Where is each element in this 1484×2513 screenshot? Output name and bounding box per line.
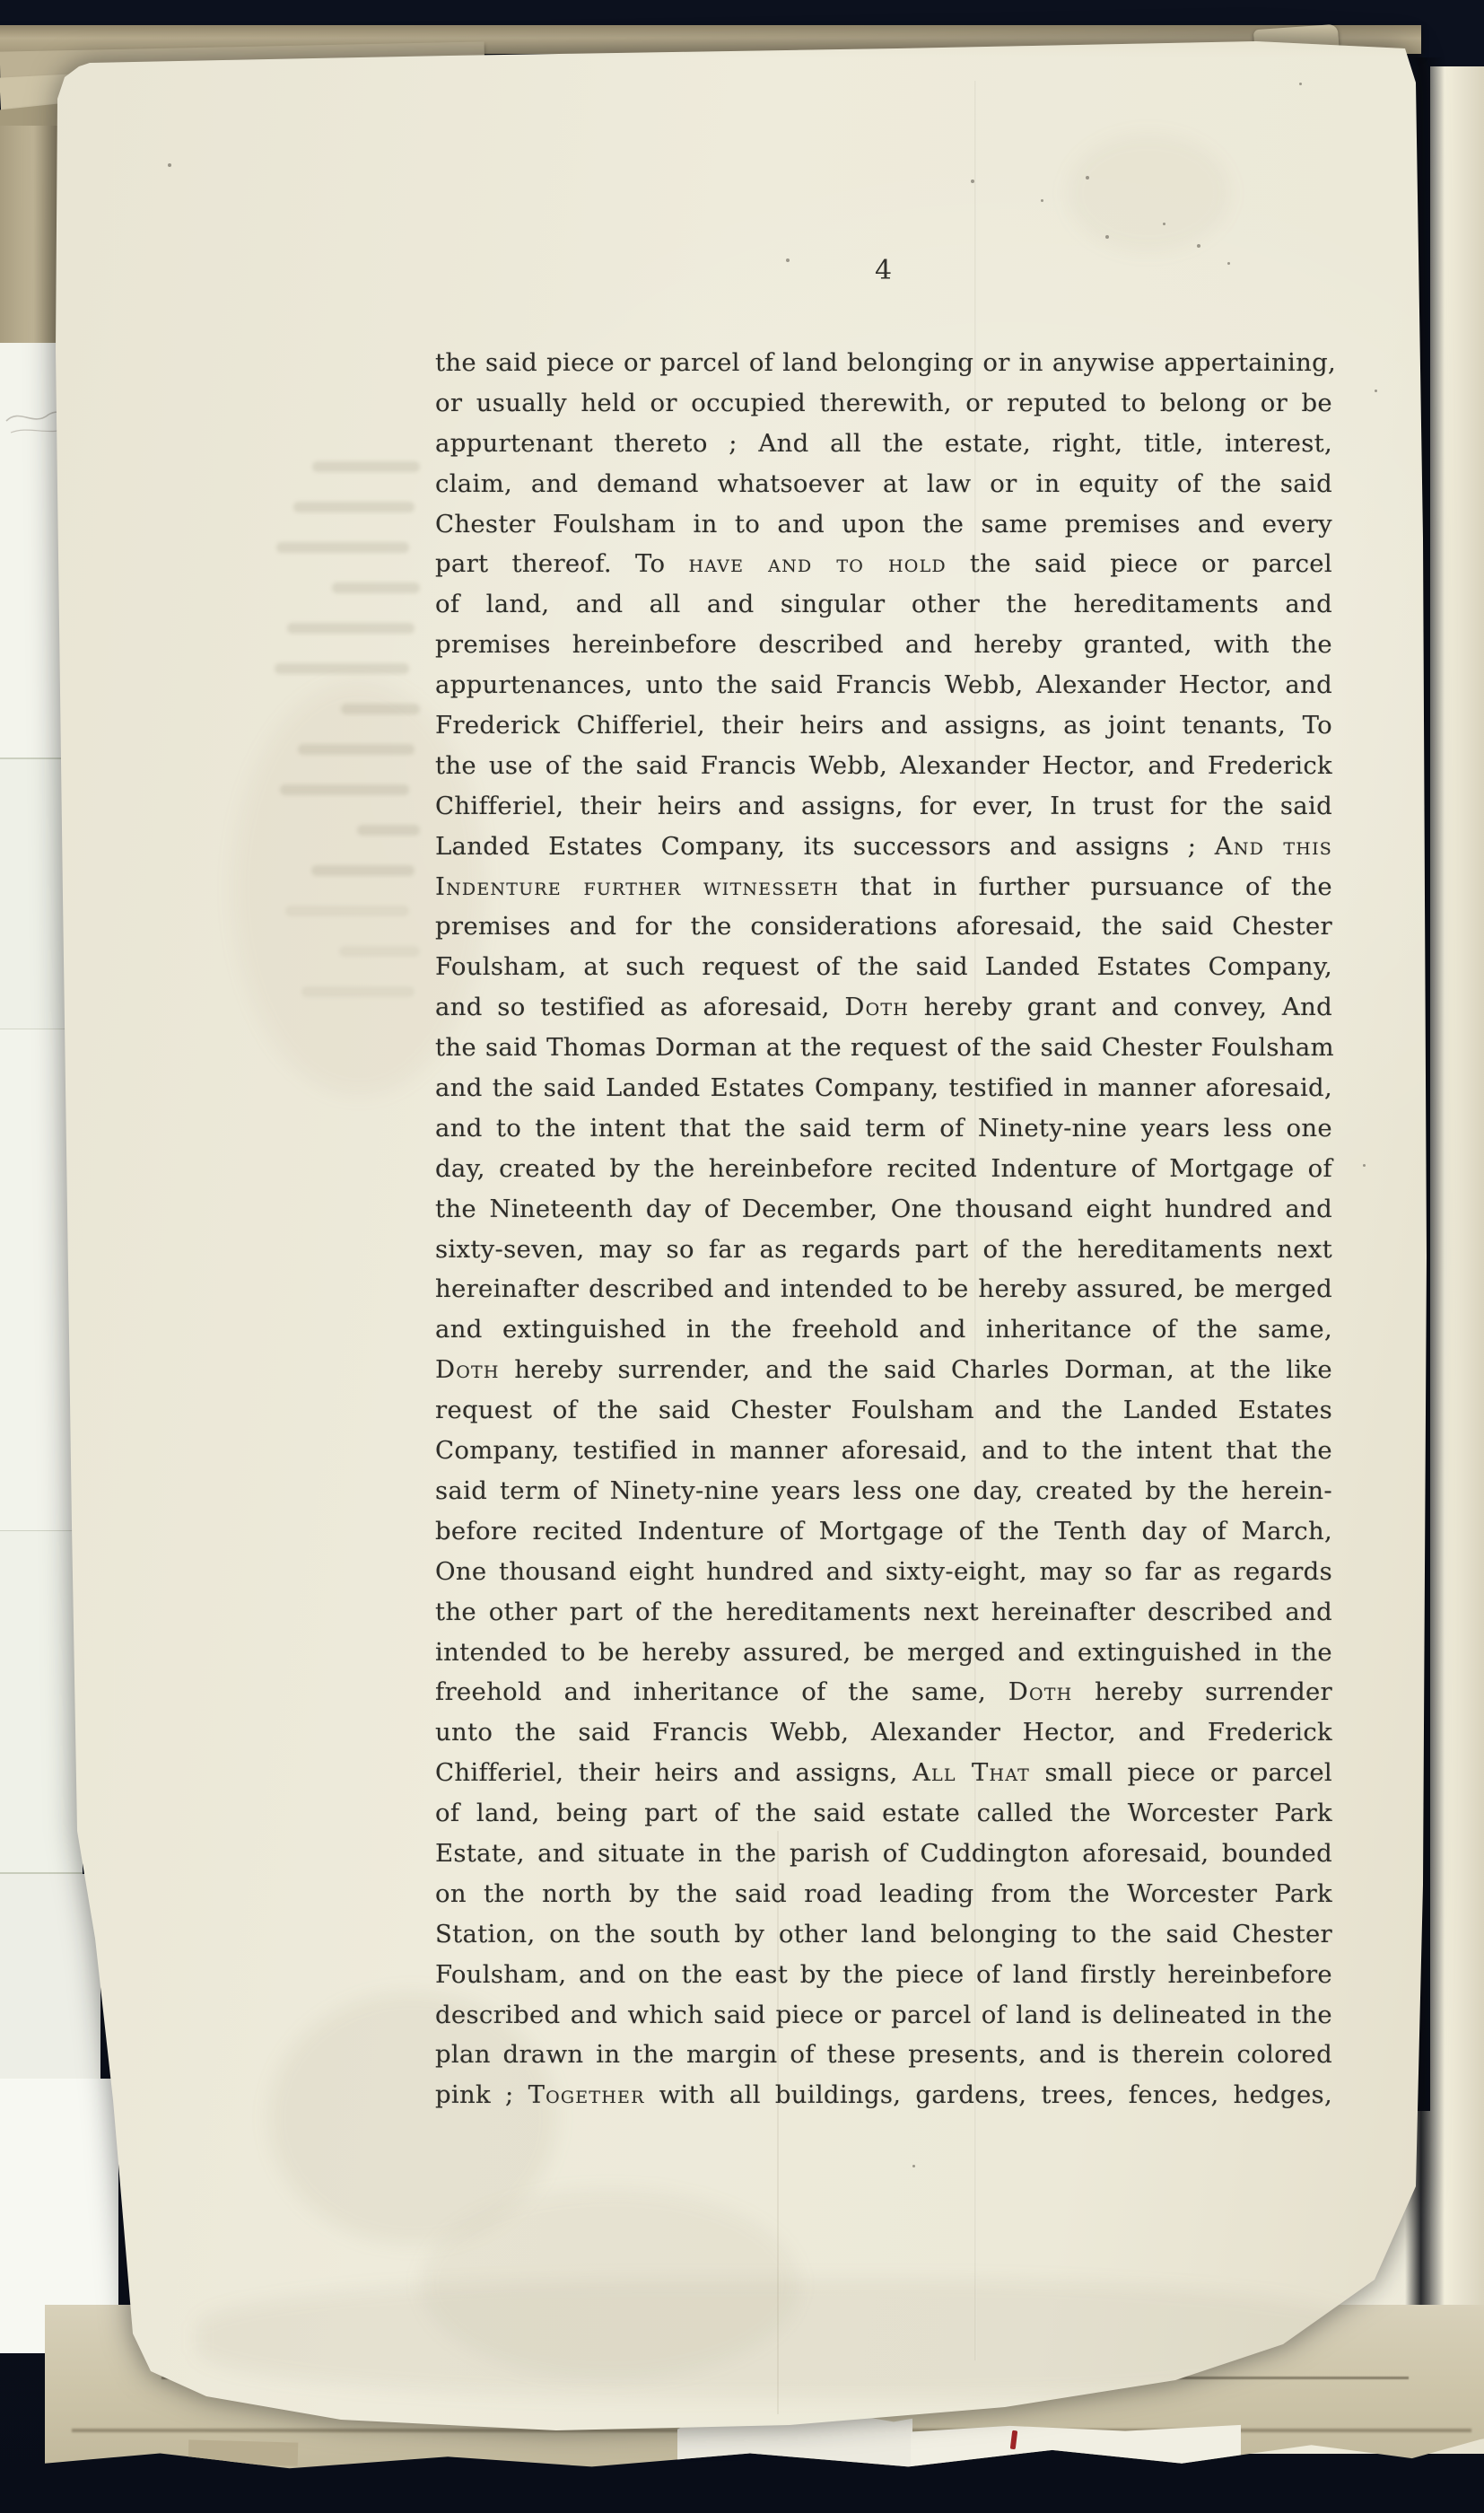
text-line: and the said Landed Estates Company, tes… xyxy=(435,1068,1332,1108)
text-line: Chester Foulsham in to and upon the same… xyxy=(435,504,1332,545)
text-line: plan drawn in the margin of these presen… xyxy=(435,2035,1332,2075)
ghost-line xyxy=(357,825,420,836)
text-segment: described and which said piece or parcel… xyxy=(435,2001,1332,2029)
text-segment: Foulsham, and on the east by the piece o… xyxy=(435,1960,1332,1989)
text-line: or usually held or occupied therewith, o… xyxy=(435,383,1332,424)
ghost-line xyxy=(311,865,415,876)
text-segment: before recited Indenture of Mortgage of … xyxy=(435,1517,1332,1545)
ink-bleedthrough-ghost xyxy=(284,461,420,1027)
text-segment: or usually held or occupied therewith, o… xyxy=(435,389,1332,417)
text-line: Station, on the south by other land belo… xyxy=(435,1914,1332,1955)
text-line: the said piece or parcel of land belongi… xyxy=(435,343,1332,383)
text-line: Estate, and situate in the parish of Cud… xyxy=(435,1834,1332,1874)
text-line: request of the said Chester Foulsham and… xyxy=(435,1390,1332,1431)
text-segment: the said piece or parcel xyxy=(947,549,1332,578)
text-line: the said Thomas Dorman at the request of… xyxy=(435,1028,1332,1068)
text-line: unto the said Francis Webb, Alexander He… xyxy=(435,1712,1332,1753)
text-segment: the other part of the hereditaments next… xyxy=(435,1598,1332,1626)
ghost-line xyxy=(339,946,420,957)
text-segment: the use of the said Francis Webb, Alexan… xyxy=(435,751,1332,780)
foxing-speck xyxy=(1105,235,1109,239)
text-line: Company, testified in manner aforesaid, … xyxy=(435,1431,1332,1471)
foxing-speck xyxy=(1363,1164,1366,1167)
foxing-speck xyxy=(786,258,790,262)
text-segment: part thereof. To xyxy=(435,549,688,578)
text-segment: Estate, and situate in the parish of Cud… xyxy=(435,1839,1332,1868)
text-line: intended to be hereby assured, be merged… xyxy=(435,1633,1332,1673)
text-segment: Chester Foulsham in to and upon the same… xyxy=(435,510,1332,538)
text-line: before recited Indenture of Mortgage of … xyxy=(435,1511,1332,1552)
text-line: of land, being part of the said estate c… xyxy=(435,1793,1332,1834)
page-wrapper: 4 the said piece or parcel of land belon… xyxy=(0,0,1484,2513)
small-caps-segment: have and to hold xyxy=(688,549,946,578)
text-segment: freehold and inheritance of the same, xyxy=(435,1677,1008,1706)
text-segment: the said Thomas Dorman at the request of… xyxy=(435,1033,1334,1062)
text-line: Frederick Chifferiel, their heirs and as… xyxy=(435,705,1332,746)
foxing-speck xyxy=(1163,223,1165,225)
text-line: said term of Ninety-nine years less one … xyxy=(435,1471,1332,1511)
book-page: 4 the said piece or parcel of land belon… xyxy=(0,0,1484,2513)
ghost-line xyxy=(293,502,415,512)
text-segment: with all buildings, gardens, trees, fenc… xyxy=(645,2080,1332,2109)
ghost-line xyxy=(276,542,409,553)
text-segment: premises hereinbefore described and here… xyxy=(435,630,1332,659)
text-segment: small piece or parcel xyxy=(1030,1758,1332,1787)
text-line: premises hereinbefore described and here… xyxy=(435,625,1332,665)
text-line: on the north by the said road leading fr… xyxy=(435,1874,1332,1914)
small-caps-segment: And this xyxy=(1215,832,1332,861)
text-segment: Landed Estates Company, its successors a… xyxy=(435,832,1215,861)
text-line: described and which said piece or parcel… xyxy=(435,1995,1332,2036)
text-line: and so testified as aforesaid, Doth here… xyxy=(435,987,1332,1028)
text-segment: of land, being part of the said estate c… xyxy=(435,1799,1332,1827)
small-caps-segment: All That xyxy=(912,1758,1030,1787)
text-line: appurtenant thereto ; And all the estate… xyxy=(435,424,1332,464)
text-segment: of land, and all and singular other the … xyxy=(435,590,1332,618)
text-segment: Station, on the south by other land belo… xyxy=(435,1920,1332,1948)
text-segment: claim, and demand whatsoever at law or i… xyxy=(435,469,1332,498)
foxing-speck xyxy=(1375,390,1377,392)
text-line: Landed Estates Company, its successors a… xyxy=(435,827,1332,867)
small-caps-segment: Indenture further witnesseth xyxy=(435,872,839,901)
text-segment: sixty-seven, may so far as regards part … xyxy=(435,1235,1332,1264)
text-block: the said piece or parcel of land belongi… xyxy=(435,343,1332,2115)
text-segment: Company, testified in manner aforesaid, … xyxy=(435,1436,1332,1465)
text-segment: day, created by the hereinbefore recited… xyxy=(435,1154,1332,1183)
ghost-line xyxy=(301,986,415,997)
foxing-speck xyxy=(1041,199,1043,202)
foxing-speck xyxy=(971,179,974,183)
foxing-speck xyxy=(1227,262,1230,265)
ghost-line xyxy=(341,704,420,714)
foxing-speck xyxy=(1086,176,1089,179)
text-segment: premises and for the considerations afor… xyxy=(435,912,1332,941)
text-segment: appurtenances, unto the said Francis Web… xyxy=(435,670,1332,699)
text-line: sixty-seven, may so far as regards part … xyxy=(435,1230,1332,1270)
text-line: of land, and all and singular other the … xyxy=(435,584,1332,625)
foxing-speck xyxy=(912,2165,915,2167)
small-caps-segment: Doth xyxy=(1008,1677,1073,1706)
text-segment: Foulsham, at such request of the said La… xyxy=(435,952,1332,981)
text-line: One thousand eight hundred and sixty-eig… xyxy=(435,1552,1332,1592)
text-line: claim, and demand whatsoever at law or i… xyxy=(435,464,1332,504)
text-line: day, created by the hereinbefore recited… xyxy=(435,1149,1332,1189)
text-line: the other part of the hereditaments next… xyxy=(435,1592,1332,1633)
text-segment: on the north by the said road leading fr… xyxy=(435,1879,1332,1908)
ghost-line xyxy=(298,744,415,755)
text-line: Chifferiel, their heirs and assigns, All… xyxy=(435,1753,1332,1793)
text-line: Indenture further witnesseth that in fur… xyxy=(435,867,1332,907)
text-segment: that in further pursuance of the xyxy=(839,872,1332,901)
small-caps-segment: Doth xyxy=(435,1355,500,1384)
paper-stain xyxy=(1068,135,1229,251)
text-line: appurtenances, unto the said Francis Web… xyxy=(435,665,1332,705)
text-line: premises and for the considerations afor… xyxy=(435,906,1332,947)
ghost-line xyxy=(332,582,420,593)
ghost-line xyxy=(280,784,409,795)
text-segment: and to the intent that the said term of … xyxy=(435,1114,1332,1143)
ghost-line xyxy=(287,623,415,634)
text-segment: appurtenant thereto ; And all the estate… xyxy=(435,429,1332,458)
foxing-speck xyxy=(1299,83,1302,85)
text-segment: hereby surrender xyxy=(1072,1677,1332,1706)
text-line: pink ; Together with all buildings, gard… xyxy=(435,2075,1332,2115)
text-line: Foulsham, and on the east by the piece o… xyxy=(435,1955,1332,1995)
text-segment: unto the said Francis Webb, Alexander He… xyxy=(435,1718,1332,1747)
text-line: and to the intent that the said term of … xyxy=(435,1108,1332,1149)
text-line: the Nineteenth day of December, One thou… xyxy=(435,1189,1332,1230)
text-line: part thereof. To have and to hold the sa… xyxy=(435,544,1332,584)
ghost-line xyxy=(285,906,409,916)
text-segment: hereby surrender, and the said Charles D… xyxy=(500,1355,1332,1384)
text-segment: Chifferiel, their heirs and assigns, xyxy=(435,1758,912,1787)
text-line: Foulsham, at such request of the said La… xyxy=(435,947,1332,987)
scanned-book-photo: 4 the said piece or parcel of land belon… xyxy=(0,0,1484,2513)
text-line: freehold and inheritance of the same, Do… xyxy=(435,1672,1332,1712)
text-line: hereinafter described and intended to be… xyxy=(435,1269,1332,1309)
foxing-speck xyxy=(1197,244,1200,248)
small-caps-segment: Doth xyxy=(844,993,909,1021)
text-segment: One thousand eight hundred and sixty-eig… xyxy=(435,1557,1332,1586)
text-segment: the Nineteenth day of December, One thou… xyxy=(435,1195,1332,1223)
text-segment: and the said Landed Estates Company, tes… xyxy=(435,1073,1332,1102)
text-segment: hereinafter described and intended to be… xyxy=(435,1274,1332,1303)
ghost-line xyxy=(312,461,420,472)
text-line: the use of the said Francis Webb, Alexan… xyxy=(435,746,1332,786)
text-segment: Chifferiel, their heirs and assigns, for… xyxy=(435,792,1332,820)
text-segment: intended to be hereby assured, be merged… xyxy=(435,1638,1332,1667)
text-segment: said term of Ninety-nine years less one … xyxy=(435,1476,1332,1505)
text-line: Chifferiel, their heirs and assigns, for… xyxy=(435,786,1332,827)
paper-stain xyxy=(197,2280,1364,2396)
ghost-line xyxy=(275,663,409,674)
foxing-speck xyxy=(168,163,171,167)
text-segment: hereby grant and convey, And xyxy=(909,993,1332,1021)
page-number: 4 xyxy=(435,255,1332,286)
text-segment: and so testified as aforesaid, xyxy=(435,993,844,1021)
text-segment: Frederick Chifferiel, their heirs and as… xyxy=(435,711,1332,740)
text-segment: pink ; xyxy=(435,2080,528,2109)
text-line: and extinguished in the freehold and inh… xyxy=(435,1309,1332,1350)
text-line: Doth hereby surrender, and the said Char… xyxy=(435,1350,1332,1390)
small-caps-segment: Together xyxy=(528,2080,645,2109)
text-segment: request of the said Chester Foulsham and… xyxy=(435,1396,1332,1424)
text-segment: plan drawn in the margin of these presen… xyxy=(435,2040,1332,2069)
text-segment: and extinguished in the freehold and inh… xyxy=(435,1315,1332,1344)
text-segment: the said piece or parcel of land belongi… xyxy=(435,348,1336,377)
